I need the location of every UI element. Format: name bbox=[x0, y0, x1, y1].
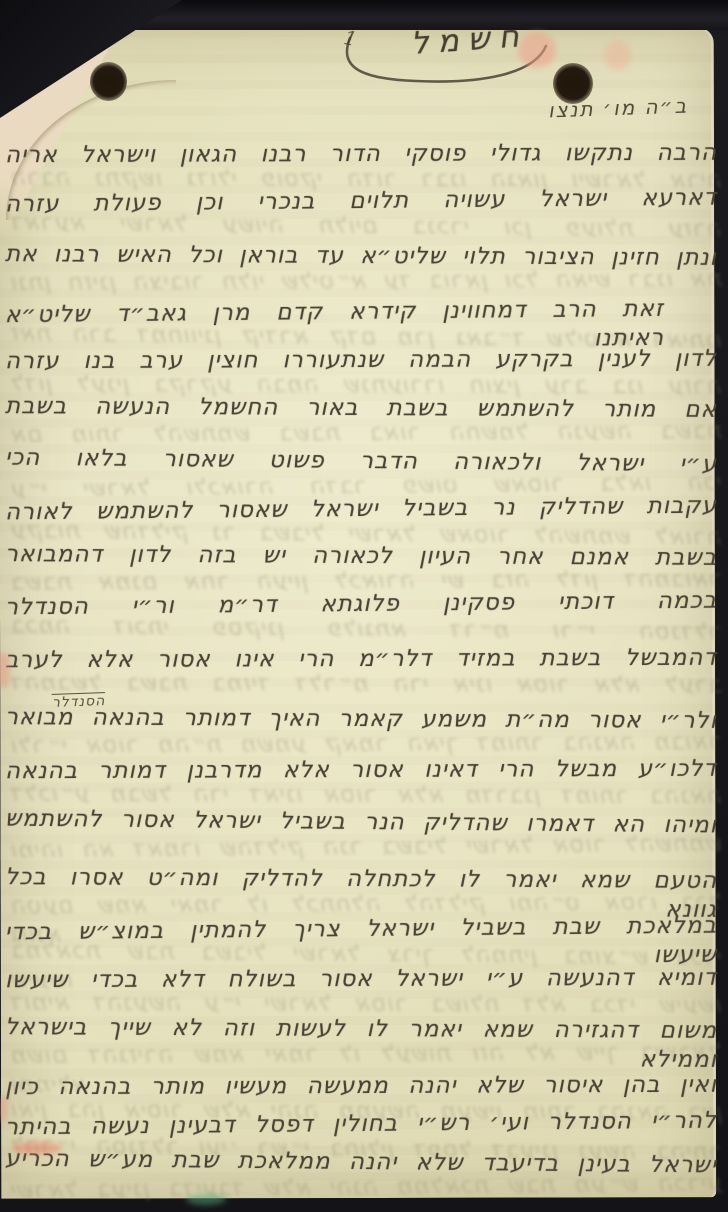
manuscript-line: ומיהו הא דאמרו שהדליק הנר בשביל ישראל אס… bbox=[5, 805, 717, 841]
manuscript-line: בכמה דוכתי פסקינן פלוגתא דר״מ ור״י הסנדל… bbox=[5, 587, 717, 623]
manuscript-line: דארעא ישראל עשויה תלוים בנכרי וכן פעולת … bbox=[5, 184, 717, 220]
scanned-document-page: { "manuscript": { "page_number": "1", "h… bbox=[0, 0, 728, 1212]
pink-stain bbox=[12, 1142, 62, 1154]
pink-stain bbox=[604, 40, 631, 70]
manuscript-line: הרבה נתקשו גדולי פוסקי הדור רבנו הגאון ו… bbox=[5, 139, 717, 170]
manuscript-line: דלכו״ע מבשל הרי דאינו אסור אלא מדרבנן דמ… bbox=[5, 755, 717, 786]
manuscript-line: ולר״י אסור מה״ת משמע קאמר האיך דמותר בהנ… bbox=[5, 703, 717, 735]
manuscript-line: ואין בהן איסור שלא יהנה ממעשה מעשיו מותר… bbox=[5, 1071, 717, 1102]
pink-stain bbox=[518, 32, 556, 68]
manuscript-line: ע״י ישראל ולכאורה הדבר פשוט שאסור בלאו ה… bbox=[5, 444, 717, 480]
manuscript-line: דומיא דהנעשה ע״י ישראל אסור בשולח דלא בכ… bbox=[5, 964, 717, 995]
manuscript-line: אם מותר להשתמש בשבת באור החשמל הנעשה בשב… bbox=[5, 392, 717, 424]
punch-hole-right bbox=[553, 63, 593, 104]
manuscript-line: להר״י הסנדלר ועי׳ רש״י בחולין דפסל דבעינ… bbox=[5, 1107, 717, 1143]
manuscript-line: דהמבשל בשבת במזיד דלר״מ הרי אינו אסור אל… bbox=[5, 644, 717, 675]
manuscript-line: ישראל בעינן בדיעבד שלא יהנה ממלאכת שבת מ… bbox=[5, 1145, 717, 1181]
manuscript-line: ונתן חזינן הציבור תלוי שליט״א עד בוראן ו… bbox=[5, 240, 717, 272]
manuscript-line: בשבת אמנם אחר העיון לכאורה יש בזה לדון ד… bbox=[5, 540, 717, 572]
manuscript-body: הרבה נתקשו גדולי פוסקי הדור רבנו הגאון ו… bbox=[0, 0, 728, 1212]
punch-hole-left bbox=[90, 62, 127, 101]
manuscript-line: עקבות שהדליק נר בשביל ישראל שאסור להשתמש… bbox=[5, 492, 717, 528]
manuscript-line: לדון לענין בקרקע הבמה שנתעוררו חוצין ערב… bbox=[5, 345, 717, 376]
manuscript-line: משום דהגזירה שמא יאמר לו לעשות וזה לא שי… bbox=[5, 1013, 717, 1074]
green-stain bbox=[186, 1194, 226, 1205]
interlinear-note: הסנדלר bbox=[52, 693, 106, 711]
